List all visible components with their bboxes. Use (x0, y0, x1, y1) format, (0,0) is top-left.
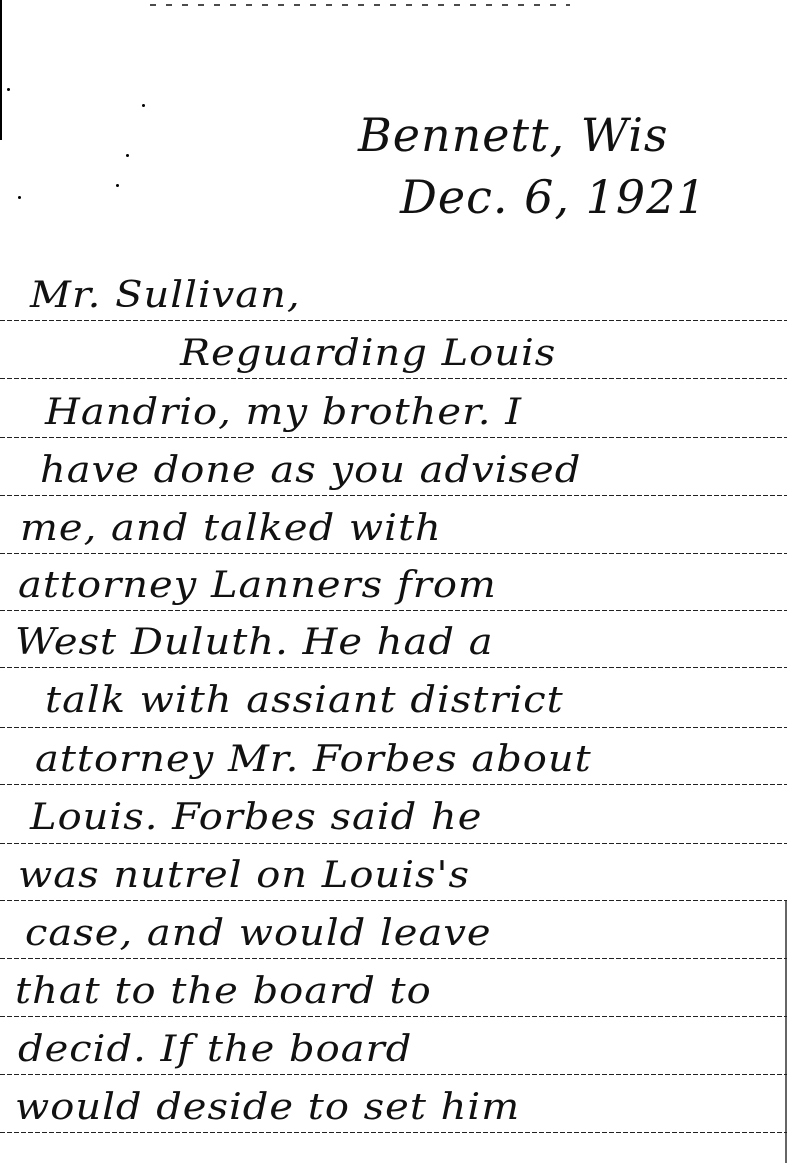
scan-speck (7, 88, 10, 91)
letter-line: me, and talked with (20, 507, 442, 549)
letter-line: Louis. Forbes said he (30, 796, 482, 838)
ruled-line (0, 727, 787, 728)
letter-line: that to the board to (15, 970, 432, 1012)
letter-line: was nutrel on Louis's (18, 854, 470, 896)
ruled-line (0, 784, 787, 785)
letter-line: Reguarding Louis (180, 332, 556, 374)
ruled-line (0, 378, 787, 379)
ruled-line (0, 958, 787, 959)
letter-line: Handrio, my brother. I (45, 391, 522, 433)
scan-speck (126, 154, 129, 157)
letter-date: Dec. 6, 1921 (400, 170, 707, 224)
scan-speck (18, 196, 21, 199)
ruled-line (0, 843, 787, 844)
letter-line: would deside to set him (15, 1086, 520, 1128)
letter-line: attorney Lanners from (18, 564, 497, 606)
page-edge-top (150, 4, 570, 6)
letter-page: Bennett, Wis Dec. 6, 1921 Mr. Sullivan, … (0, 0, 787, 1163)
letter-line: decid. If the board (18, 1028, 412, 1070)
ruled-line (0, 900, 787, 901)
ruled-line (0, 1132, 787, 1133)
letter-salutation: Mr. Sullivan, (30, 274, 301, 316)
scan-speck (142, 104, 145, 107)
ruled-line (0, 437, 787, 438)
ruled-line (0, 667, 787, 668)
letter-line: case, and would leave (25, 912, 492, 954)
page-edge-left (0, 0, 2, 140)
letter-place: Bennett, Wis (358, 108, 669, 162)
scan-speck (116, 184, 119, 187)
letter-line: have done as you advised (40, 449, 581, 491)
ruled-line (0, 1016, 787, 1017)
ruled-line (0, 610, 787, 611)
letter-line: attorney Mr. Forbes about (35, 738, 592, 780)
ruled-line (0, 1074, 787, 1075)
ruled-line (0, 553, 787, 554)
letter-line: West Duluth. He had a (15, 621, 494, 663)
letter-line: talk with assiant district (45, 679, 564, 721)
ruled-line (0, 495, 787, 496)
ruled-line (0, 320, 787, 321)
